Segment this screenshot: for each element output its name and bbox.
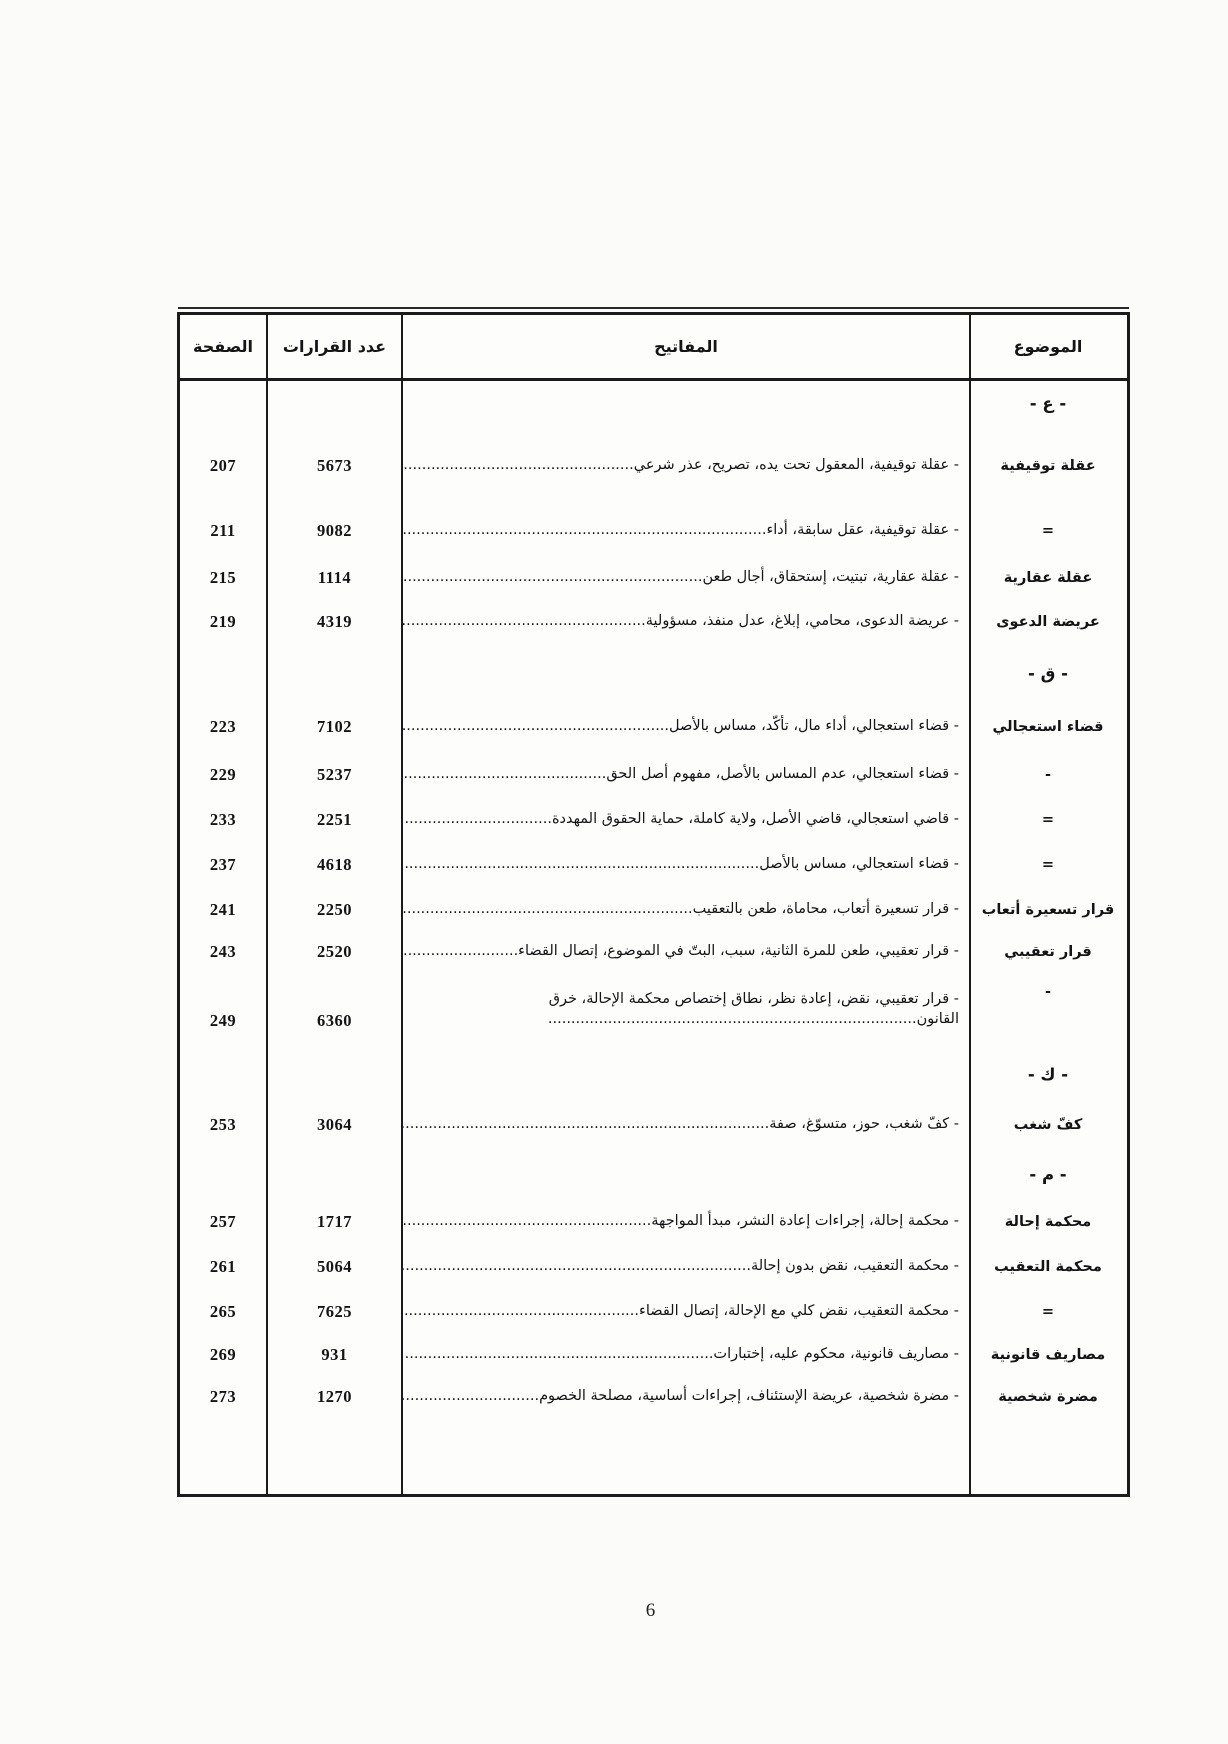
subject-cell: عريضة الدعوى — [971, 600, 1125, 644]
empty-cell — [180, 1418, 268, 1494]
subject-cell: = — [971, 506, 1125, 556]
subject-cell: - — [971, 972, 1125, 1047]
table-row: 2615064- محكمة التعقيب، نقض بدون إحالة..… — [180, 1244, 1127, 1289]
subject-cell: عقلة عقارية — [971, 556, 1125, 600]
table-row: 2412250- قرار تسعيرة أتعاب، محاماة، طعن … — [180, 887, 1127, 932]
decisions-count-cell — [268, 1149, 403, 1199]
subject-cell: كفّ شغب — [971, 1101, 1125, 1149]
decisions-count-cell: 5064 — [268, 1244, 403, 1289]
keywords-cell: - عقلة توقيفية، عقل سابقة، أداء.........… — [403, 506, 971, 556]
table-row: 2075673- عقلة توقيفية، المعقول تحت يده، … — [180, 426, 1127, 506]
page-cell — [180, 1149, 268, 1199]
subject-cell: قرار تسعيرة أتعاب — [971, 887, 1125, 932]
table-row: 2496360- قرار تعقيبي، نقض، إعادة نظر، نط… — [180, 972, 1127, 1047]
subject-cell: قرار تعقيبي — [971, 932, 1125, 972]
keywords-cell: - مضرة شخصية، عريضة الإستئناف، إجراءات أ… — [403, 1376, 971, 1418]
subject-cell: = — [971, 842, 1125, 887]
keywords-cell: - محكمة التعقيب، نقض بدون إحالة.........… — [403, 1244, 971, 1289]
decisions-count-cell: 4319 — [268, 600, 403, 644]
table-row: 2731270- مضرة شخصية، عريضة الإستئناف، إج… — [180, 1376, 1127, 1418]
keywords-cell: - كفّ شغب، حوز، متسوّغ، صفة.............… — [403, 1101, 971, 1149]
decisions-count-cell: 1717 — [268, 1199, 403, 1244]
page-cell: 253 — [180, 1101, 268, 1149]
section-letter: - ع - — [971, 381, 1125, 426]
page-cell: 243 — [180, 932, 268, 972]
table-row: 2332251- قاضي استعجالي، قاضي الأصل، ولاي… — [180, 797, 1127, 842]
decisions-count-cell: 6360 — [268, 972, 403, 1047]
table-row: 2295237- قضاء استعجالي، عدم المساس بالأص… — [180, 752, 1127, 797]
decisions-count-cell: 931 — [268, 1334, 403, 1376]
keywords-cell: - عقلة عقارية، تبتيت، إستحقاق، أجال طعن.… — [403, 556, 971, 600]
page-cell: 265 — [180, 1289, 268, 1334]
keywords-cell: - قضاء استعجالي، مساس بالأصل............… — [403, 842, 971, 887]
decisions-count-cell — [268, 381, 403, 426]
keywords-line-2: القانون.................................… — [413, 1010, 959, 1030]
decisions-count-cell: 7625 — [268, 1289, 403, 1334]
decisions-count-cell: 2520 — [268, 932, 403, 972]
decisions-count-cell: 3064 — [268, 1101, 403, 1149]
subject-cell: مضرة شخصية — [971, 1376, 1125, 1418]
page-cell: 215 — [180, 556, 268, 600]
subject-cell: قضاء استعجالي — [971, 702, 1125, 752]
keywords-cell — [403, 1149, 971, 1199]
decisions-count-cell: 2251 — [268, 797, 403, 842]
table-row: 2194319- عريضة الدعوى، محامي، إبلاغ، عدل… — [180, 600, 1127, 644]
decisions-count-cell — [268, 1047, 403, 1101]
keywords-cell: - قرار تعقيبي، طعن للمرة الثانية، سبب، ا… — [403, 932, 971, 972]
subject-cell: = — [971, 1289, 1125, 1334]
decisions-count-cell: 1114 — [268, 556, 403, 600]
table-row: 2237102- قضاء استعجالي، أداء مال، تأكّد،… — [180, 702, 1127, 752]
keywords-cell: - عريضة الدعوى، محامي، إبلاغ، عدل منفذ، … — [403, 600, 971, 644]
page-cell: 269 — [180, 1334, 268, 1376]
decisions-count-cell: 1270 — [268, 1376, 403, 1418]
page-cell: 207 — [180, 426, 268, 506]
table-row: 2657625- محكمة التعقيب، نقض كلي مع الإحا… — [180, 1289, 1127, 1334]
decisions-count-cell: 9082 — [268, 506, 403, 556]
section-row: - ك - — [180, 1047, 1127, 1101]
table-row: 269931- مصاريف قانونية، محكوم عليه، إختب… — [180, 1334, 1127, 1376]
keywords-cell: - مصاريف قانونية، محكوم عليه، إختبارات..… — [403, 1334, 971, 1376]
subject-cell: عقلة توقيفية — [971, 426, 1125, 506]
empty-cell — [403, 1418, 971, 1494]
keywords-cell: - قرار تسعيرة أتعاب، محاماة، طعن بالتعقي… — [403, 887, 971, 932]
decisions-count-cell: 5673 — [268, 426, 403, 506]
header-subject-column: الموضوع — [971, 315, 1125, 378]
page-cell — [180, 1047, 268, 1101]
page-cell: 241 — [180, 887, 268, 932]
page-cell: 229 — [180, 752, 268, 797]
page-cell: 237 — [180, 842, 268, 887]
page-cell: 219 — [180, 600, 268, 644]
keywords-cell — [403, 381, 971, 426]
subject-cell: - — [971, 752, 1125, 797]
section-letter: - م - — [971, 1149, 1125, 1199]
empty-filler-row — [180, 1418, 1127, 1494]
section-letter: - ق - — [971, 644, 1125, 702]
page-number: 6 — [177, 1600, 1124, 1622]
keywords-cell: - محكمة إحالة، إجراءات إعادة النشر، مبدأ… — [403, 1199, 971, 1244]
section-row: - م - — [180, 1149, 1127, 1199]
index-table: الصفحة عدد القرارات المفاتيح الموضوع - ع… — [177, 312, 1130, 1497]
header-decisions-column: عدد القرارات — [268, 315, 403, 378]
page-cell: 273 — [180, 1376, 268, 1418]
table-row: 2533064- كفّ شغب، حوز، متسوّغ، صفة......… — [180, 1101, 1127, 1149]
page-cell — [180, 644, 268, 702]
keywords-cell: - محكمة التعقيب، نقض كلي مع الإحالة، إتص… — [403, 1289, 971, 1334]
keywords-line-1: - قرار تعقيبي، نقض، إعادة نظر، نطاق إختص… — [413, 990, 959, 1010]
header-keys-column: المفاتيح — [403, 315, 971, 378]
table-row: 2374618- قضاء استعجالي، مساس بالأصل.....… — [180, 842, 1127, 887]
decisions-count-cell — [268, 644, 403, 702]
keywords-cell: - قضاء استعجالي، عدم المساس بالأصل، مفهو… — [403, 752, 971, 797]
subject-cell: محكمة التعقيب — [971, 1244, 1125, 1289]
table-row: 2119082- عقلة توقيفية، عقل سابقة، أداء..… — [180, 506, 1127, 556]
subject-cell: محكمة إحالة — [971, 1199, 1125, 1244]
page-cell: 233 — [180, 797, 268, 842]
decisions-count-cell: 5237 — [268, 752, 403, 797]
section-row: - ع - — [180, 381, 1127, 426]
table-row: 2571717- محكمة إحالة، إجراءات إعادة النش… — [180, 1199, 1127, 1244]
section-letter: - ك - — [971, 1047, 1125, 1101]
decisions-count-cell: 7102 — [268, 702, 403, 752]
section-row: - ق - — [180, 644, 1127, 702]
keywords-cell: - عقلة توقيفية، المعقول تحت يده، تصريح، … — [403, 426, 971, 506]
page-cell: 211 — [180, 506, 268, 556]
decisions-count-cell: 2250 — [268, 887, 403, 932]
subject-cell: مصاريف قانونية — [971, 1334, 1125, 1376]
scanned-page: الصفحة عدد القرارات المفاتيح الموضوع - ع… — [0, 0, 1228, 1744]
decisions-count-cell: 4618 — [268, 842, 403, 887]
keywords-cell — [403, 1047, 971, 1101]
page-cell: 249 — [180, 972, 268, 1047]
keywords-cell: - قاضي استعجالي، قاضي الأصل، ولاية كاملة… — [403, 797, 971, 842]
subject-cell: = — [971, 797, 1125, 842]
empty-cell — [971, 1418, 1125, 1494]
table-header-row: الصفحة عدد القرارات المفاتيح الموضوع — [180, 315, 1127, 381]
page-cell: 223 — [180, 702, 268, 752]
keywords-cell — [403, 644, 971, 702]
page-cell — [180, 381, 268, 426]
table-row: 2432520- قرار تعقيبي، طعن للمرة الثانية،… — [180, 932, 1127, 972]
table-row: 2151114- عقلة عقارية، تبتيت، إستحقاق، أج… — [180, 556, 1127, 600]
page-cell: 261 — [180, 1244, 268, 1289]
header-page-column: الصفحة — [180, 315, 268, 378]
table-body: - ع -2075673- عقلة توقيفية، المعقول تحت … — [180, 381, 1127, 1494]
empty-cell — [268, 1418, 403, 1494]
keywords-cell: - قضاء استعجالي، أداء مال، تأكّد، مساس ب… — [403, 702, 971, 752]
keywords-cell: - قرار تعقيبي، نقض، إعادة نظر، نطاق إختص… — [403, 972, 971, 1047]
page-cell: 257 — [180, 1199, 268, 1244]
